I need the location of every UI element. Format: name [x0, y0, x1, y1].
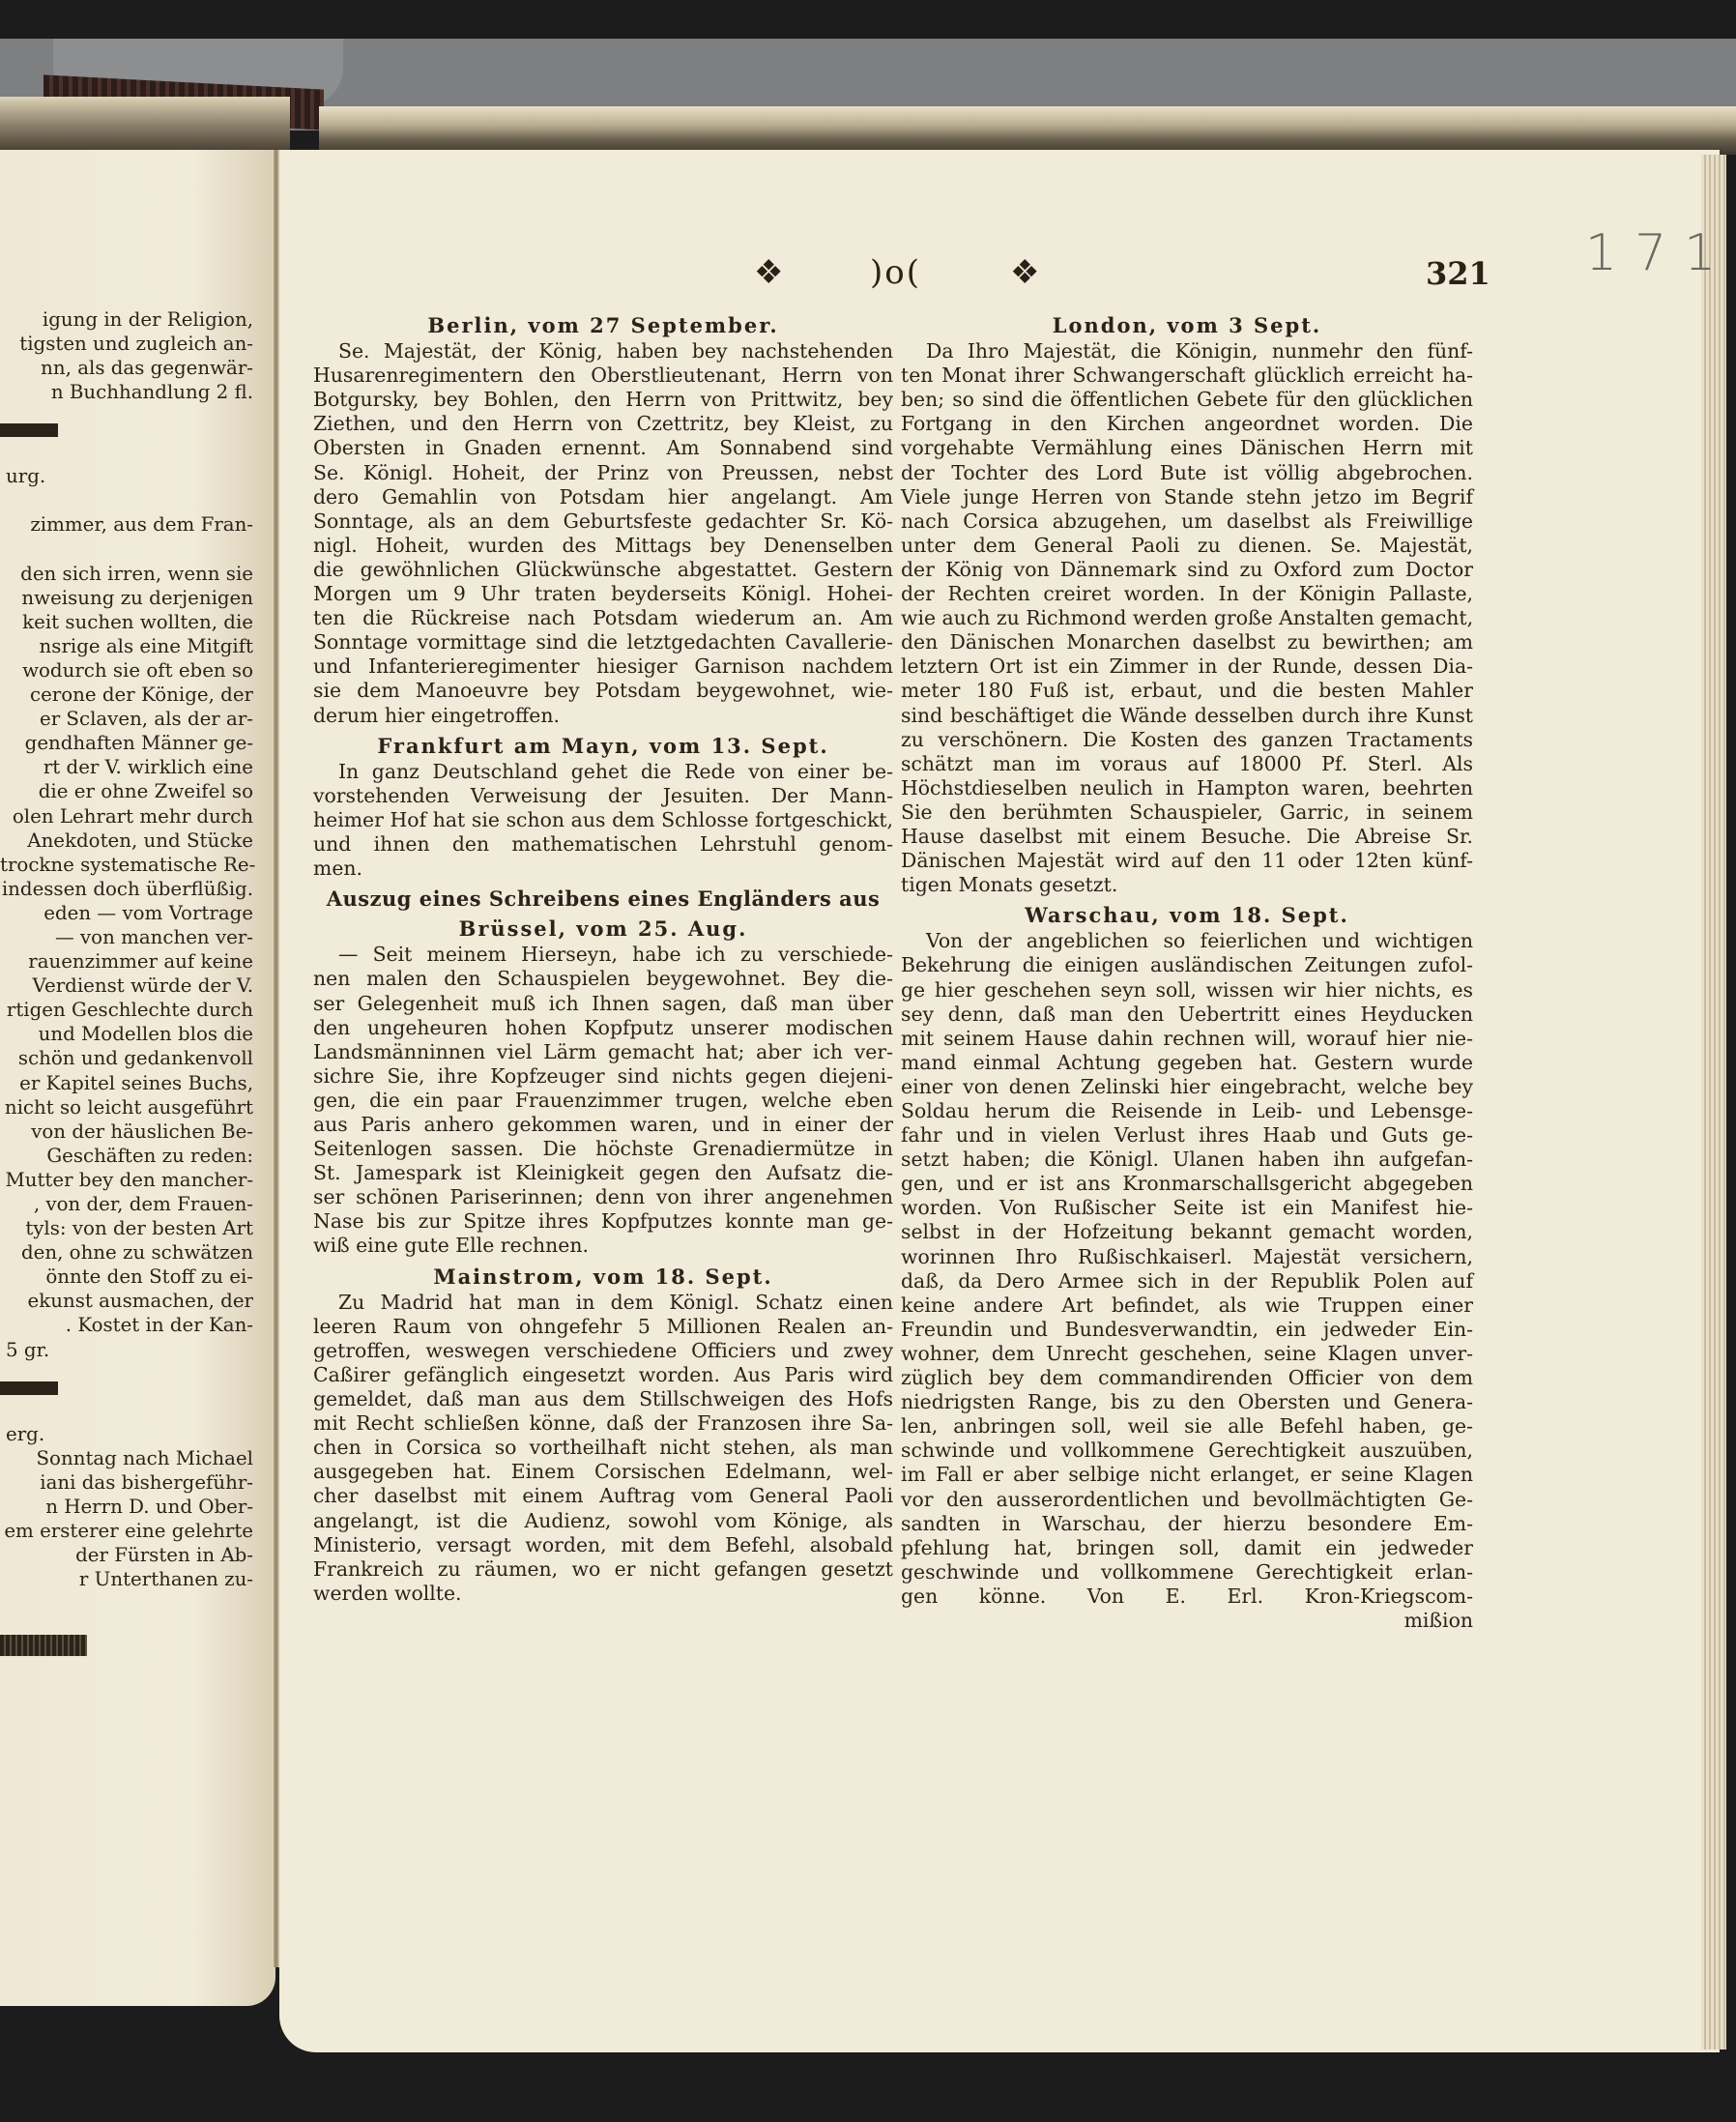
text-line: einer von denen Zelinski hier eingebrach… [901, 1075, 1473, 1099]
text-line: tyls: von der besten Art [0, 1216, 261, 1240]
text-line: ser schönen Pariserinnen; denn von ihrer… [313, 1185, 893, 1209]
text-line: nach Corsica abzugehen, um daselbst als … [901, 509, 1473, 534]
text-line: len, anbringen soll, weil sie alle Befeh… [901, 1414, 1473, 1439]
text-line: olen Lehrart mehr durch [0, 804, 261, 828]
text-line: In ganz Deutschland gehet die Rede von e… [313, 760, 893, 784]
text-line: Landsmänninnen viel Lärm gemacht hat; ab… [313, 1040, 893, 1064]
page-number: 321 [1426, 255, 1490, 292]
text-line: Hause daselbst mit einem Besuche. Die Ab… [901, 825, 1473, 849]
text-line: der Tochter des Lord Bute ist völlig abg… [901, 461, 1473, 485]
text-line: ten Monat ihrer Schwangerschaft glücklic… [901, 363, 1473, 388]
text-line: wodurch sie oft eben so [0, 658, 261, 683]
text-line: n Herrn D. und Ober- [0, 1495, 261, 1519]
text-line: mit seinem Hause dahin rechnen will, wor… [901, 1027, 1473, 1051]
text-line: Geschäften zu reden: [0, 1144, 261, 1168]
text-line: mit Recht schließen könne, daß der Franz… [313, 1411, 893, 1436]
text-line: — von manchen ver- [0, 925, 261, 949]
text-line: wie auch zu Richmond werden große Anstal… [901, 606, 1473, 630]
text-line: tigsten und zugleich an- [0, 332, 261, 356]
text-line: — Seit meinem Hierseyn, habe ich zu vers… [313, 943, 893, 967]
text-line: Mutter bey den mancher- [0, 1168, 261, 1192]
article-heading: Warschau, vom 18. Sept. [901, 903, 1473, 927]
text-line: cher daselbst mit einem Auftrag vom Gene… [313, 1484, 893, 1508]
article-berlin: Berlin, vom 27 September. Se. Majestät, … [313, 313, 893, 728]
text-line: em ersterer eine gelehrte [0, 1519, 261, 1543]
text-line: niedrigsten Range, bis zu den Obersten u… [901, 1390, 1473, 1414]
text-line: nigl. Hoheit, wurden des Mittags bey Den… [313, 534, 893, 558]
text-line: werden wollte. [313, 1582, 893, 1606]
page-end-rule [0, 1635, 87, 1656]
text-line: nweisung zu derjenigen [0, 586, 261, 610]
text-line: zimmer, aus dem Fran- [0, 512, 261, 537]
text-line: 5 gr. [0, 1338, 261, 1362]
text-line: Frankreich zu räumen, wo er nicht gefang… [313, 1557, 893, 1582]
text-line: angelangt, ist die Audienz, sowohl vom K… [313, 1509, 893, 1533]
text-line: vor den ausserordentlichen und bevollmäc… [901, 1488, 1473, 1512]
page-stack-right [319, 106, 1736, 155]
text-line: Botgursky, bey Bohlen, den Herrn von Pri… [313, 388, 893, 412]
text-line: und Modellen blos die [0, 1022, 261, 1046]
text-line: den, ohne zu schwätzen [0, 1240, 261, 1264]
text-line: den sich irren, wenn sie [0, 562, 261, 586]
text-line: chen in Corsica so vortheilhaft nicht st… [313, 1436, 893, 1460]
page-fore-edge [1701, 155, 1726, 2049]
text-line: ser Gelegenheit muß ich Ihnen sagen, daß… [313, 992, 893, 1016]
text-line: setzt haben; die Königl. Ulanen haben ih… [901, 1148, 1473, 1172]
text-line: Ministerio, versagt worden, mit dem Befe… [313, 1533, 893, 1557]
text-line: nicht so leicht ausgeführt [0, 1095, 261, 1119]
text-line: die gewöhnlichen Glückwünsche abgestatte… [313, 558, 893, 582]
section-heading-fragment: erg. [0, 1422, 261, 1446]
article-heading: London, vom 3 Sept. [901, 313, 1473, 337]
article-bruessel: Auszug eines Schreibens eines Engländers… [313, 887, 893, 1258]
text-line: ekunst ausmachen, der [0, 1289, 261, 1313]
text-line: men. [313, 857, 893, 881]
text-line: ten die Rückreise nach Potsdam wiederum … [313, 606, 893, 630]
text-line: daß, da Dero Armee sich in der Republik … [901, 1269, 1473, 1294]
text-line: wohner, dem Unrecht geschehen, seine Kla… [901, 1342, 1473, 1366]
article-heading: Frankfurt am Mayn, vom 13. Sept. [313, 734, 893, 758]
text-line: gemeldet, daß man aus dem Stillschweigen… [313, 1387, 893, 1411]
text-line: von der häuslichen Be- [0, 1119, 261, 1144]
text-line: worden. Von Rußischer Seite ist ein Mani… [901, 1196, 1473, 1220]
text-line: unter dem General Paoli zu dienen. Se. M… [901, 534, 1473, 558]
text-line: sandten in Warschau, der hierzu besonder… [901, 1512, 1473, 1536]
text-line: er Sclaven, als der ar- [0, 707, 261, 731]
article-heading: Mainstrom, vom 18. Sept. [313, 1264, 893, 1289]
text-line: trockne systematische Re- [0, 853, 261, 877]
text-line: wiß eine gute Elle rechnen. [313, 1234, 893, 1258]
text-line: Obersten in Gnaden ernennt. Am Sonnabend… [313, 436, 893, 460]
text-line: keine andere Art befindet, als wie Trupp… [901, 1294, 1473, 1318]
text-line: sichre Sie, ihre Kopfzeuger sind nichts … [313, 1064, 893, 1089]
text-line: Sie den berühmten Schauspieler, Garric, … [901, 800, 1473, 825]
text-line: getroffen, weswegen verschiedene Officie… [313, 1339, 893, 1363]
text-line: fahr und in vielen Verlust ihres Haab un… [901, 1123, 1473, 1148]
text-line: eden — vom Vortrage [0, 901, 261, 925]
text-line: Se. Königl. Hoheit, der Prinz von Preuss… [313, 461, 893, 485]
text-line: der König von Dännemark sind zu Oxford z… [901, 558, 1473, 582]
text-line: schwinde und vollkommene Gerechtigkeit a… [901, 1439, 1473, 1463]
section-rule [0, 423, 58, 437]
text-line: Freundin und Bundesverwandtin, ein jedwe… [901, 1318, 1473, 1342]
text-line: nn, als das gegenwär- [0, 356, 261, 380]
text-line: worinnen Ihro Rußischkaiserl. Majestät v… [901, 1245, 1473, 1269]
text-line: züglich bey dem commandirenden Officier … [901, 1366, 1473, 1390]
text-line: nen malen den Schauspielen beygewohnet. … [313, 967, 893, 991]
text-line: Von der angeblichen so feierlichen und w… [901, 929, 1473, 953]
text-line: Bekehrung die einigen ausländischen Zeit… [901, 953, 1473, 977]
text-line: tigen Monats gesetzt. [901, 873, 1473, 897]
text-line: sey denn, daß man den Uebertritt eines H… [901, 1003, 1473, 1027]
text-line: . Kostet in der Kan- [0, 1313, 261, 1337]
text-line: selbst in der Hofzeitung bekannt gemacht… [901, 1220, 1473, 1244]
text-line: keit suchen wollten, die [0, 610, 261, 634]
pencil-folio-number: 171 [1585, 224, 1733, 282]
text-line: den Dänischen Monarchen daselbst zu bewi… [901, 630, 1473, 654]
text-line: der Rechten creiret worden. In der König… [901, 582, 1473, 606]
text-line: ben; so sind die öffentlichen Gebete für… [901, 388, 1473, 412]
text-line: Sonntage vormittage sind die letztgedach… [313, 630, 893, 654]
text-line: meter 180 Fuß ist, erbaut, und die beste… [901, 679, 1473, 703]
text-line: mand einmal Achtung gegeben hat. Gestern… [901, 1051, 1473, 1075]
text-line: gen, und er ist ans Kronmarschallsgerich… [901, 1172, 1473, 1196]
article-warschau: Warschau, vom 18. Sept. Von der angeblic… [901, 903, 1473, 1633]
column-2: London, vom 3 Sept. Da Ihro Majestät, di… [901, 307, 1473, 1633]
shell-ornament-icon: ❖ [754, 253, 783, 292]
text-line: rtigen Geschlechte durch [0, 998, 261, 1022]
article-mainstrom: Mainstrom, vom 18. Sept. Zu Madrid hat m… [313, 1264, 893, 1606]
column-1: Berlin, vom 27 September. Se. Majestät, … [313, 307, 893, 1606]
text-line: den ungeheuren hohen Kopfputz unserer mo… [313, 1016, 893, 1040]
article-frankfurt: Frankfurt am Mayn, vom 13. Sept. In ganz… [313, 734, 893, 882]
text-line: dero Gemahlin von Potsdam hier angelangt… [313, 485, 893, 509]
text-line: und ihnen den mathematischen Lehrstuhl g… [313, 832, 893, 857]
text-line: gendhaften Männer ge- [0, 731, 261, 755]
text-line: die er ohne Zweifel so [0, 779, 261, 803]
article-heading-line2: Brüssel, vom 25. Aug. [313, 916, 893, 941]
text-line: Höchstdieselben neulich in Hampton waren… [901, 776, 1473, 800]
text-line: Ziethen, und den Herrn von Czettritz, be… [313, 412, 893, 436]
article-heading: Berlin, vom 27 September. [313, 313, 893, 337]
running-head: ❖ )o( ❖ 321 [754, 253, 1489, 298]
text-line: geschwinde und vollkommene Gerechtigkeit… [901, 1560, 1473, 1584]
text-line: rauenzimmer auf keine [0, 949, 261, 974]
text-line: schätzt man im voraus auf 18000 Pf. Ster… [901, 752, 1473, 776]
text-line: heimer Hof hat sie schon aus dem Schloss… [313, 808, 893, 832]
text-line: Soldau herum die Reisende in Leib- und L… [901, 1099, 1473, 1123]
text-line: St. Jamespark ist Kleinigkeit gegen den … [313, 1161, 893, 1185]
text-line: iani das bishergeführ- [0, 1470, 261, 1495]
text-line: Da Ihro Majestät, die Königin, nunmehr d… [901, 339, 1473, 363]
text-line: Anekdoten, und Stücke [0, 828, 261, 853]
left-page-text: igung in der Religion, tigsten und zugle… [0, 307, 261, 1683]
text-line: vorgehabte Vermählung eines Dänischen He… [901, 436, 1473, 460]
text-line: Sonntage, als an dem Geburtsfeste gedach… [313, 509, 893, 534]
running-head-divider: )o( [870, 253, 921, 292]
text-line: Verdienst würde der V. [0, 974, 261, 998]
article-london: London, vom 3 Sept. Da Ihro Majestät, di… [901, 313, 1473, 897]
text-line: igung in der Religion, [0, 307, 261, 332]
text-line: leeren Raum von ohngefehr 5 Millionen Re… [313, 1315, 893, 1339]
page-stack-left [0, 97, 290, 155]
text-line: Se. Majestät, der König, haben bey nachs… [313, 339, 893, 363]
text-line: ausgegeben hat. Einem Corsischen Edelman… [313, 1460, 893, 1484]
shell-ornament-icon: ❖ [1010, 253, 1039, 292]
article-heading: Auszug eines Schreibens eines Engländers… [313, 887, 893, 911]
text-line: im Fall er aber selbige nicht erlanget, … [901, 1463, 1473, 1487]
text-line: vorstehenden Verweisung der Jesuiten. De… [313, 784, 893, 808]
section-heading-fragment: urg. [0, 464, 261, 488]
text-line: Dänischen Majestät wird auf den 11 oder … [901, 849, 1473, 873]
text-line: zu verschönern. Die Kosten des ganzen Tr… [901, 728, 1473, 752]
text-line: der Fürsten in Ab- [0, 1543, 261, 1567]
text-line: aus Paris anhero gekommen waren, und in … [313, 1113, 893, 1137]
text-line: ge hier geschehen seyn soll, wissen wir … [901, 978, 1473, 1003]
text-line: letztern Ort ist ein Zimmer in der Runde… [901, 654, 1473, 679]
text-line: , von der, dem Frauen- [0, 1192, 261, 1216]
text-line: Fortgang in den Kirchen angeordnet worde… [901, 412, 1473, 436]
text-line: er Kapitel seines Buchs, [0, 1071, 261, 1095]
text-line: Caßirer gefänglich eingesetzt worden. Au… [313, 1363, 893, 1387]
text-line: pfehlung hat, bringen soll, damit ein je… [901, 1536, 1473, 1560]
text-line: önnte den Stoff zu ei- [0, 1264, 261, 1289]
text-line: Seitenlogen sassen. Die höchste Grenadie… [313, 1137, 893, 1161]
text-line: rt der V. wirklich eine [0, 755, 261, 779]
text-line: derum hier eingetroffen. [313, 704, 893, 728]
text-line: r Unterthanen zu- [0, 1567, 261, 1591]
text-line: gen, die ein paar Frauenzimmer trugen, w… [313, 1089, 893, 1113]
text-line: cerone der Könige, der [0, 683, 261, 707]
text-line: schön und gedankenvoll [0, 1046, 261, 1070]
text-line: Viele junge Herren von Stande stehn jetz… [901, 485, 1473, 509]
text-line: Sonntag nach Michael [0, 1446, 261, 1470]
text-line: Morgen um 9 Uhr traten beyderseits König… [313, 582, 893, 606]
text-line: Husarenregimentern den Oberstlieutenant,… [313, 363, 893, 388]
text-line: und Infanterieregimenter hiesiger Garnis… [313, 654, 893, 679]
text-line: indessen doch überflüßig. [0, 877, 261, 901]
text-line: sie dem Manoeuvre bey Potsdam beygewohne… [313, 679, 893, 703]
section-rule [0, 1381, 58, 1395]
text-line: gen könne. Von E. Erl. Kron-Kriegscom- [901, 1584, 1473, 1609]
text-line: Nase bis zur Spitze ihres Kopfputzes kon… [313, 1209, 893, 1234]
catchword: mißion [901, 1609, 1473, 1633]
text-line: nsrige als eine Mitgift [0, 634, 261, 658]
text-line: sind beschäftiget die Wände desselben du… [901, 704, 1473, 728]
text-line: Zu Madrid hat man in dem Königl. Schatz … [313, 1291, 893, 1315]
text-line: n Buchhandlung 2 fl. [0, 380, 261, 404]
